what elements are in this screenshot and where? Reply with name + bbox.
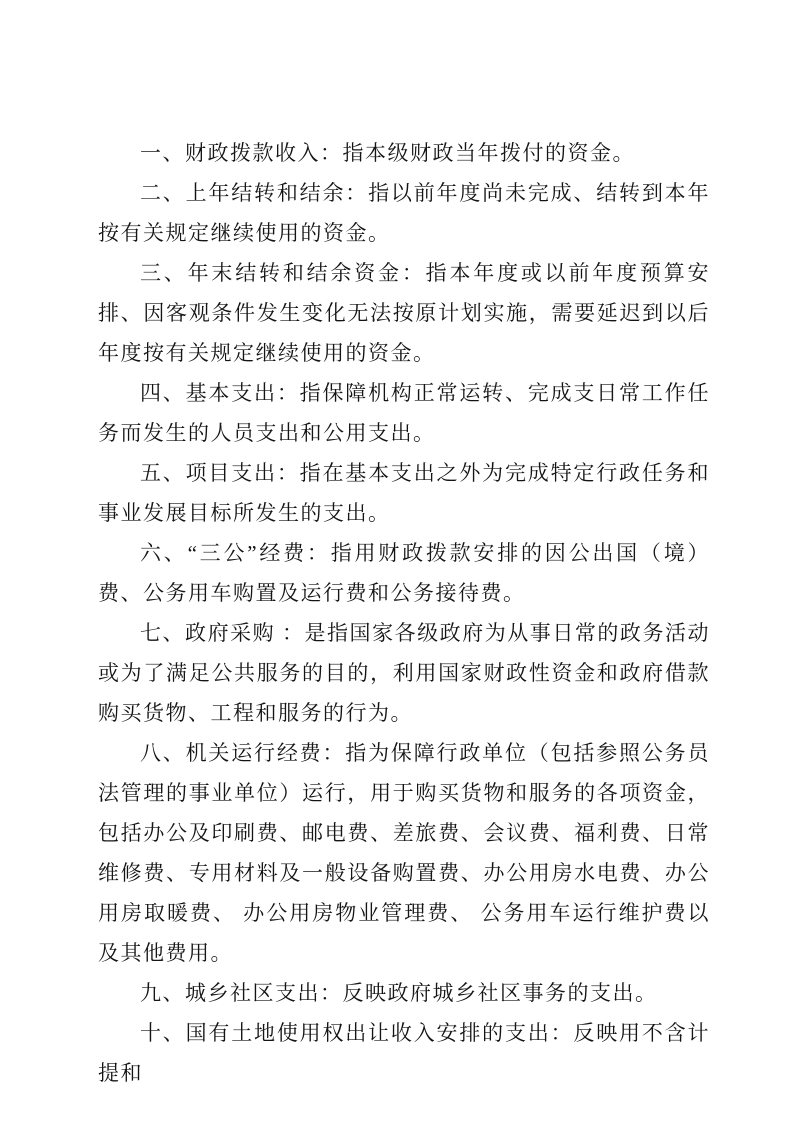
paragraph-2-prior-year-carryover: 二、上年结转和结余：指以前年度尚未完成、结转到本年按有关规定继续使用的资金。 — [98, 173, 710, 253]
paragraph-9-urban-rural-community-expenditure: 九、城乡社区支出：反映政府城乡社区事务的支出。 — [98, 973, 710, 1013]
paragraph-6-three-public-funds: 六、“三公”经费：指用财政拨款安排的因公出国（境）费、公务用车购置及运行费和公务… — [98, 533, 710, 613]
paragraph-10-state-land-use-rights-expenditure: 十、国有土地使用权出让收入安排的支出：反映用不含计提和 — [98, 1013, 710, 1093]
document-page: 一、财政拨款收入：指本级财政当年拨付的资金。 二、上年结转和结余：指以前年度尚未… — [0, 0, 793, 1122]
paragraph-7-government-procurement: 七、政府采购 ：是指国家各级政府为从事日常的政务活动或为了满足公共服务的目的，利… — [98, 613, 710, 733]
paragraph-4-basic-expenditure: 四、基本支出：指保障机构正常运转、完成支日常工作任务而发生的人员支出和公用支出。 — [98, 373, 710, 453]
paragraph-8-agency-operating-funds: 八、机关运行经费：指为保障行政单位（包括参照公务员法管理的事业单位）运行，用于购… — [98, 733, 710, 973]
paragraph-1-fiscal-appropriation-income: 一、财政拨款收入：指本级财政当年拨付的资金。 — [98, 133, 710, 173]
paragraph-3-year-end-carryover-funds: 三、年末结转和结余资金：指本年度或以前年度预算安排、因客观条件发生变化无法按原计… — [98, 253, 710, 373]
paragraph-5-project-expenditure: 五、项目支出：指在基本支出之外为完成特定行政任务和事业发展目标所发生的支出。 — [98, 453, 710, 533]
